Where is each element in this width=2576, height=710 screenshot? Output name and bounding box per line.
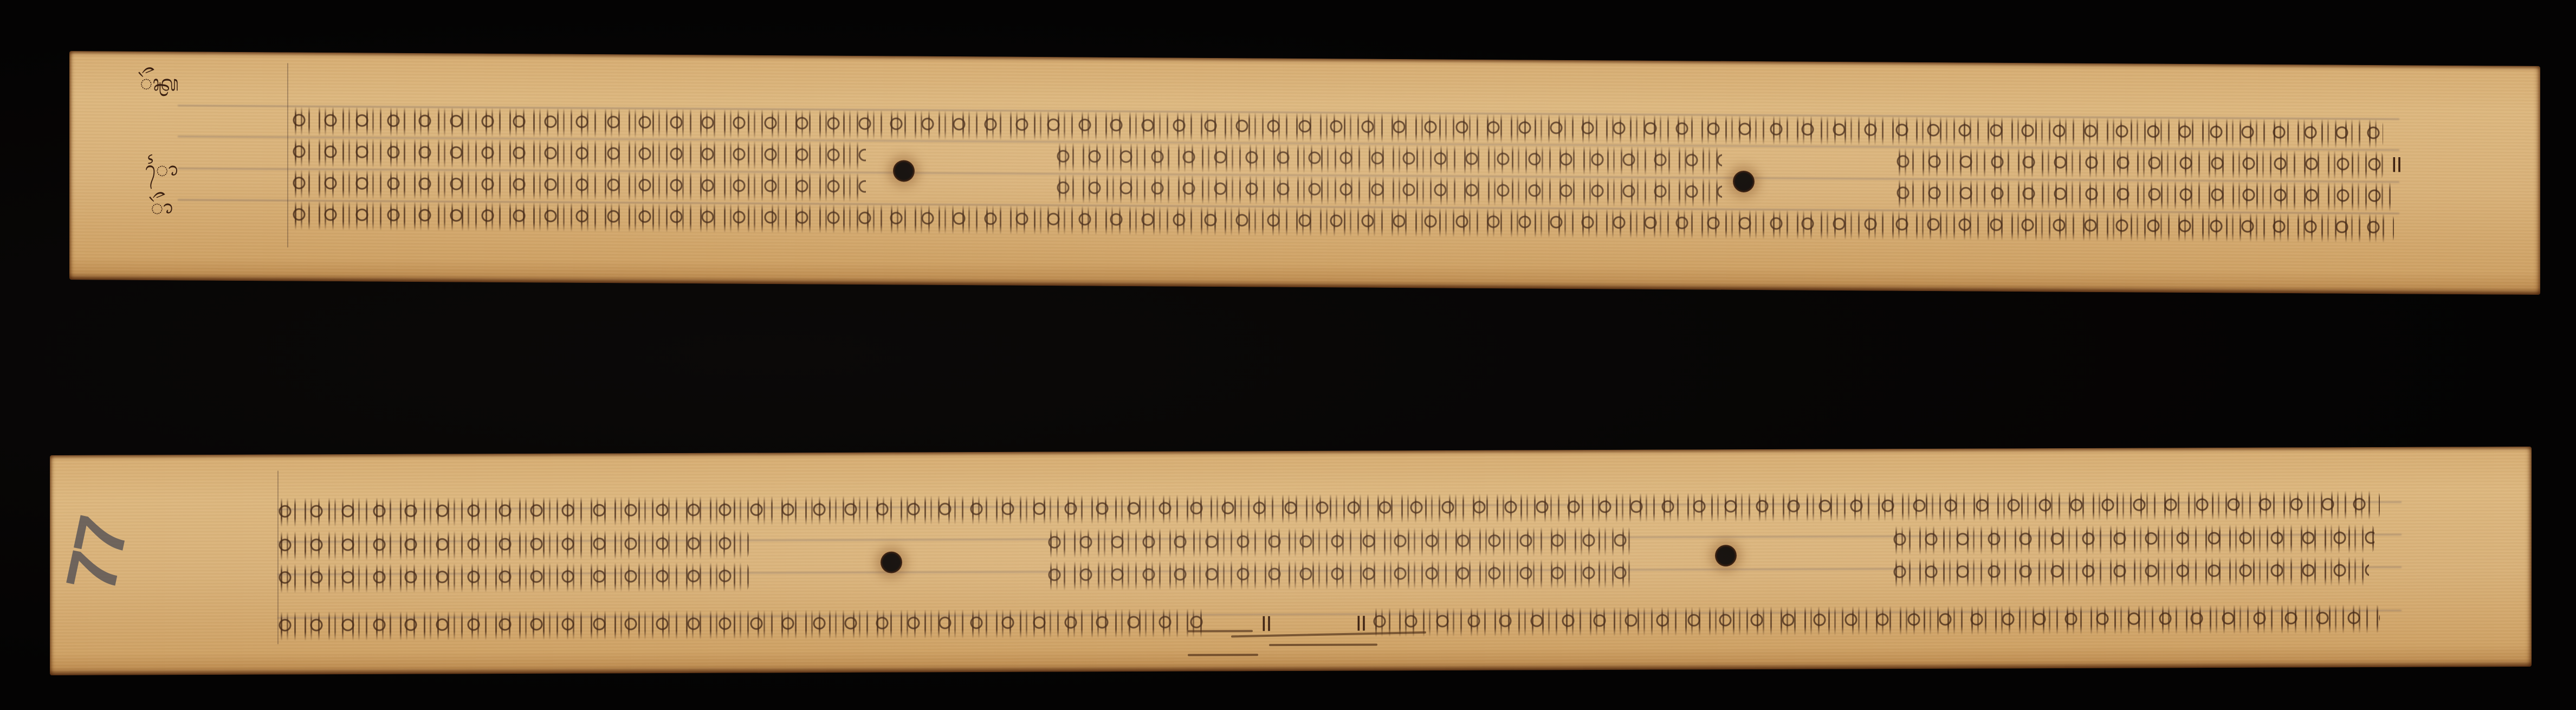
binding-hole <box>893 160 915 182</box>
manuscript-line <box>1895 179 2394 212</box>
ink-smear <box>1269 643 1377 646</box>
margin-line <box>287 63 288 248</box>
section-end-mark: ॥ <box>1258 605 1272 638</box>
manuscript-line <box>277 562 749 593</box>
manuscript-line <box>1892 557 2369 588</box>
binding-hole <box>881 552 902 573</box>
folio-numeral: ᭁ <box>145 154 178 193</box>
folio-numeral: ᭂᭅ <box>140 68 179 107</box>
palm-leaf-2: 77 ॥ ॥ <box>50 447 2532 675</box>
ink-smear <box>1188 654 1258 656</box>
ink-smear <box>1188 630 1253 632</box>
manuscript-line <box>1047 559 1632 591</box>
manuscript-line <box>277 609 1209 641</box>
manuscript-line <box>1895 148 2383 180</box>
manuscript-line <box>277 530 749 560</box>
pencil-folio-number: 77 <box>49 512 144 598</box>
manuscript-line <box>1056 143 1722 176</box>
palm-leaf-1: ᭂᭅ ᭁ ᭃ ॥ <box>69 51 2540 295</box>
manuscript-line <box>1047 527 1632 558</box>
binding-hole <box>1733 171 1755 192</box>
section-end-mark: ॥ <box>2389 146 2403 179</box>
manuscript-line <box>1372 604 2380 637</box>
folio-numeral: ᭃ <box>151 192 173 231</box>
manuscript-line <box>277 490 2380 527</box>
manuscript-line <box>1056 174 1722 208</box>
manuscript-line <box>292 138 866 171</box>
manuscript-line <box>292 170 866 202</box>
manuscript-line <box>1892 524 2374 555</box>
binding-hole <box>1715 545 1737 566</box>
